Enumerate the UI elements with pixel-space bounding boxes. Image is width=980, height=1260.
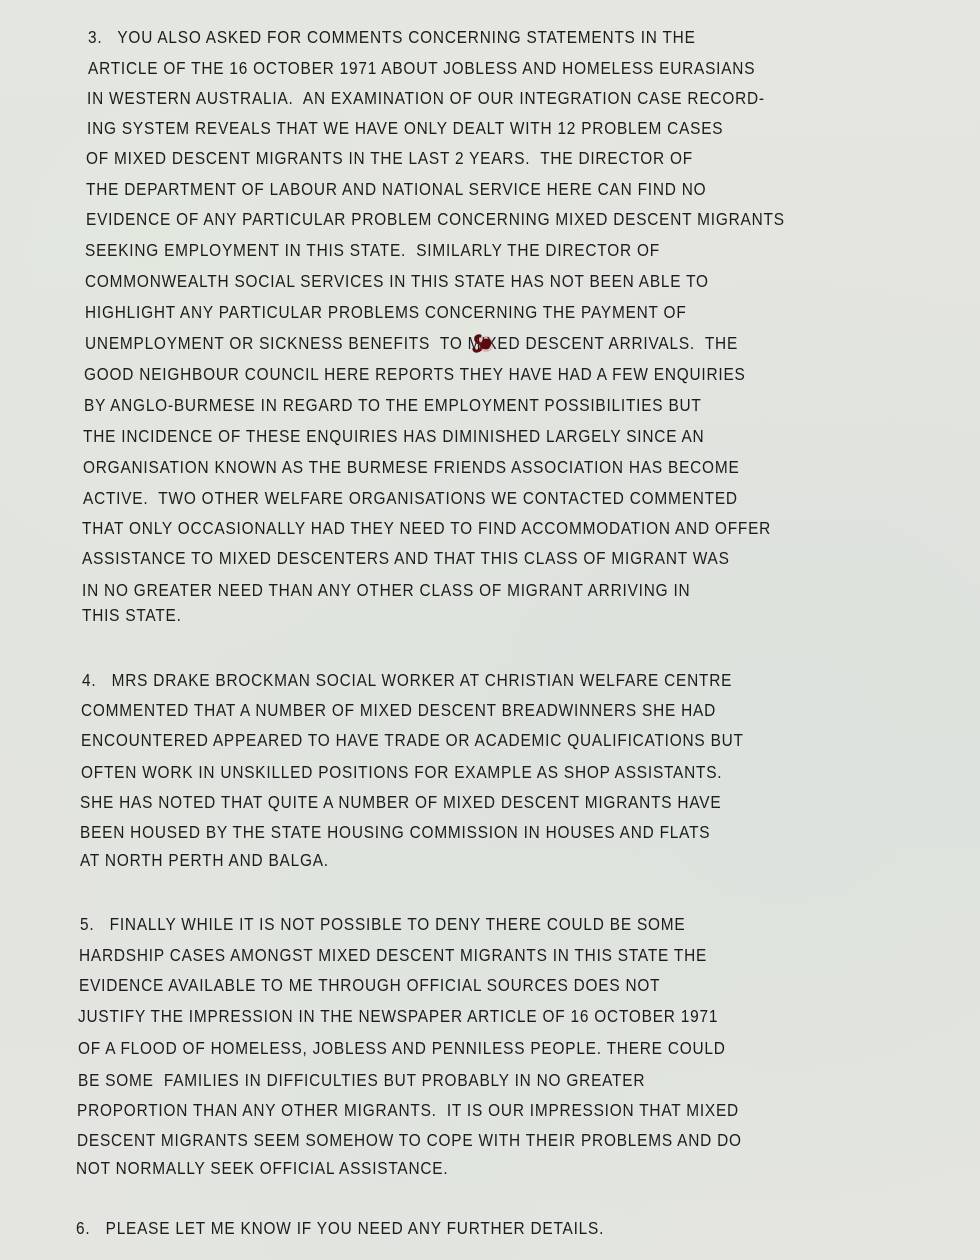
- text-line: 6. PLEASE LET ME KNOW IF YOU NEED ANY FU…: [76, 1218, 604, 1238]
- text-line: ARTICLE OF THE 16 OCTOBER 1971 ABOUT JOB…: [88, 58, 755, 78]
- text-line: BY ANGLO-BURMESE IN REGARD TO THE EMPLOY…: [84, 395, 702, 415]
- text-line: BE SOME FAMILIES IN DIFFICULTIES BUT PRO…: [78, 1070, 645, 1090]
- text-line: ACTIVE. TWO OTHER WELFARE ORGANISATIONS …: [83, 488, 738, 508]
- text-line: 5. FINALLY WHILE IT IS NOT POSSIBLE TO D…: [80, 914, 685, 934]
- text-line: IN NO GREATER NEED THAN ANY OTHER CLASS …: [82, 580, 690, 600]
- text-line: BEEN HOUSED BY THE STATE HOUSING COMMISS…: [80, 822, 710, 842]
- text-line: GOOD NEIGHBOUR COUNCIL HERE REPORTS THEY…: [84, 364, 746, 384]
- text-line: COMMONWEALTH SOCIAL SERVICES IN THIS STA…: [85, 271, 709, 291]
- text-line: NOT NORMALLY SEEK OFFICIAL ASSISTANCE.: [76, 1158, 448, 1178]
- text-line: THE DEPARTMENT OF LABOUR AND NATIONAL SE…: [86, 179, 706, 199]
- text-line: 3. YOU ALSO ASKED FOR COMMENTS CONCERNIN…: [88, 27, 696, 47]
- text-line: HIGHLIGHT ANY PARTICULAR PROBLEMS CONCER…: [85, 302, 687, 322]
- text-line: DESCENT MIGRANTS SEEM SOMEHOW TO COPE WI…: [77, 1130, 742, 1150]
- text-line: ORGANISATION KNOWN AS THE BURMESE FRIEND…: [83, 457, 740, 477]
- ink-annotation-mark: [471, 333, 493, 355]
- text-line: ING SYSTEM REVEALS THAT WE HAVE ONLY DEA…: [87, 118, 723, 138]
- text-line: SHE HAS NOTED THAT QUITE A NUMBER OF MIX…: [80, 792, 721, 812]
- text-line: ENCOUNTERED APPEARED TO HAVE TRADE OR AC…: [81, 730, 744, 750]
- text-line: JUSTIFY THE IMPRESSION IN THE NEWSPAPER …: [78, 1006, 718, 1026]
- text-line: THIS STATE.: [82, 605, 182, 625]
- text-line: OF A FLOOD OF HOMELESS, JOBLESS AND PENN…: [78, 1038, 726, 1058]
- typewritten-letter-page: 3. YOU ALSO ASKED FOR COMMENTS CONCERNIN…: [0, 0, 980, 1260]
- text-line: EVIDENCE AVAILABLE TO ME THROUGH OFFICIA…: [79, 975, 660, 995]
- text-line: OF MIXED DESCENT MIGRANTS IN THE LAST 2 …: [86, 148, 693, 168]
- text-line: EVIDENCE OF ANY PARTICULAR PROBLEM CONCE…: [86, 209, 785, 229]
- text-line: OFTEN WORK IN UNSKILLED POSITIONS FOR EX…: [81, 762, 722, 782]
- text-line: AT NORTH PERTH AND BALGA.: [80, 850, 329, 870]
- text-line: SEEKING EMPLOYMENT IN THIS STATE. SIMILA…: [85, 240, 660, 260]
- text-line: THAT ONLY OCCASIONALLY HAD THEY NEED TO …: [82, 518, 771, 538]
- text-line: IN WESTERN AUSTRALIA. AN EXAMINATION OF …: [87, 88, 765, 108]
- text-line: HARDSHIP CASES AMONGST MIXED DESCENT MIG…: [79, 945, 707, 965]
- text-line: 4. MRS DRAKE BROCKMAN SOCIAL WORKER AT C…: [82, 670, 732, 690]
- text-line: PROPORTION THAN ANY OTHER MIGRANTS. IT I…: [77, 1100, 739, 1120]
- text-line: COMMENTED THAT A NUMBER OF MIXED DESCENT…: [81, 700, 716, 720]
- text-line: THE INCIDENCE OF THESE ENQUIRIES HAS DIM…: [83, 426, 704, 446]
- text-line: ASSISTANCE TO MIXED DESCENTERS AND THAT …: [82, 548, 730, 568]
- text-line: UNEMPLOYMENT OR SICKNESS BENEFITS TO MIX…: [85, 333, 738, 353]
